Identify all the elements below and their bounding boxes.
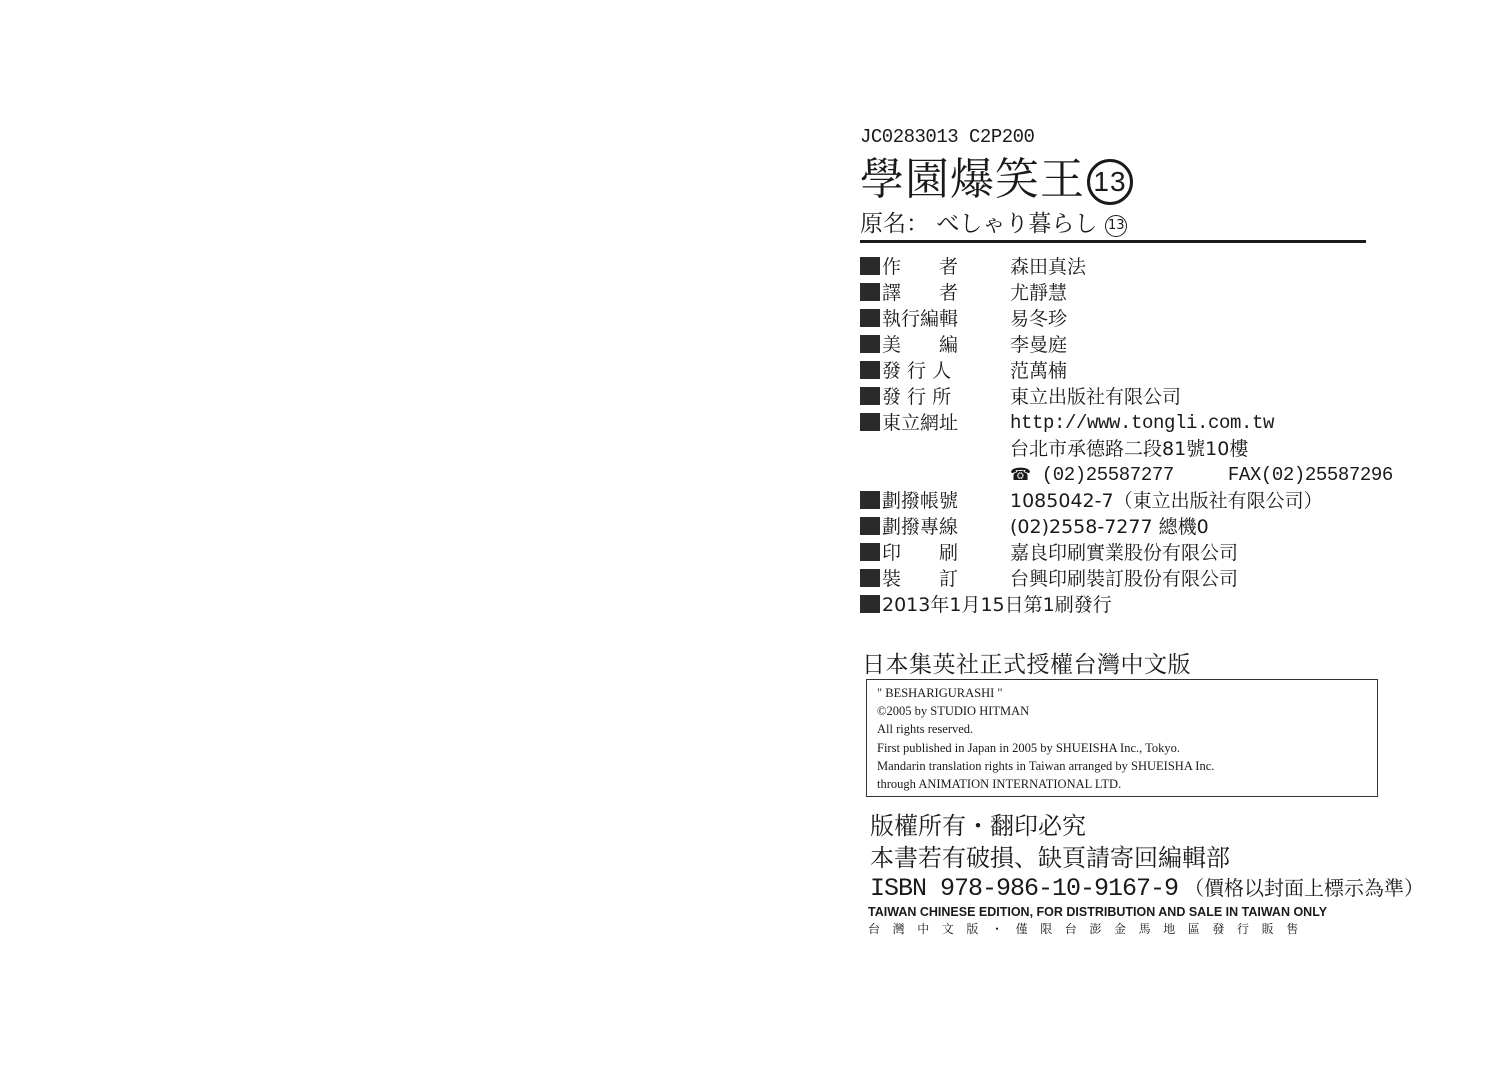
product-code: JC0283013 C2P200	[860, 126, 1034, 148]
bullet-square-icon	[860, 569, 880, 587]
credit-row: 劃撥帳號1085042-7（東立出版社有限公司）	[860, 488, 1010, 514]
bullet-square-icon	[860, 309, 880, 327]
credit-row: 裝 訂台興印刷裝訂股份有限公司	[860, 566, 1010, 592]
book-title: 學園爆笑王13	[860, 156, 1133, 205]
rights-notices: 版權所有・翻印必究 本書若有破損、缺頁請寄回編輯部	[870, 810, 1230, 874]
copyright-line: through ANIMATION INTERNATIONAL LTD.	[877, 775, 1367, 793]
copyright-line: First published in Japan in 2005 by SHUE…	[877, 739, 1367, 757]
copyright-box: " BESHARIGURASHI " ©2005 by STUDIO HITMA…	[866, 679, 1378, 797]
copyright-line: All rights reserved.	[877, 720, 1367, 738]
bullet-square-icon	[860, 387, 880, 405]
copyright-line: Mandarin translation rights in Taiwan ar…	[877, 757, 1367, 775]
telephone-icon: ☎	[1010, 465, 1031, 485]
rights-reserved: 版權所有・翻印必究	[870, 810, 1230, 842]
bullet-square-icon	[860, 517, 880, 535]
title-text: 學園爆笑王	[860, 154, 1085, 205]
bullet-square-icon	[860, 543, 880, 561]
fax-number: FAX(02)25587296	[1228, 464, 1393, 486]
original-volume-number: 13	[1105, 215, 1127, 237]
credit-row: 發 行 所東立出版社有限公司	[860, 384, 1010, 410]
book-colophon-page: JC0283013 C2P200 學園爆笑王13 原名： べしゃり暮らし13 作…	[0, 0, 1500, 1074]
credit-row: 印 刷嘉良印刷實業股份有限公司	[860, 540, 1010, 566]
authorization-notice: 日本集英社正式授權台灣中文版	[862, 646, 1191, 679]
credit-row: 譯 者尤靜慧	[860, 280, 1010, 306]
credit-row: 劃撥專線(02)2558-7277 總機0	[860, 514, 1010, 540]
original-title-text: べしゃり暮らし	[936, 211, 1097, 237]
print-date: 2013年1月15日第1刷發行	[882, 594, 1112, 616]
distribution-notice-en: TAIWAN CHINESE EDITION, FOR DISTRIBUTION…	[868, 905, 1327, 919]
bullet-square-icon	[860, 361, 880, 379]
credit-row: 美 編李曼庭	[860, 332, 1010, 358]
volume-number: 13	[1087, 159, 1133, 205]
credit-row: 執行編輯易冬珍	[860, 306, 1010, 332]
isbn: ISBN 978-986-10-9167-9	[870, 874, 1178, 903]
title-divider	[860, 240, 1366, 243]
phone-number: (02)25587277	[1042, 464, 1174, 486]
credit-row: 東立網址http://www.tongli.com.tw	[860, 410, 1010, 436]
isbn-line: ISBN 978-986-10-9167-9（價格以封面上標示為準）	[870, 872, 1424, 903]
damage-notice: 本書若有破損、缺頁請寄回編輯部	[870, 842, 1230, 874]
distribution-notice-zh: 台灣中文版・僅限台澎金馬地區發行販售	[868, 920, 1311, 937]
address: 台北市承德路二段81號10樓	[1010, 436, 1248, 462]
original-title: 原名： べしゃり暮らし13	[860, 210, 1127, 238]
copyright-line: " BESHARIGURASHI "	[877, 684, 1367, 702]
bullet-square-icon	[860, 257, 880, 275]
copyright-line: ©2005 by STUDIO HITMAN	[877, 702, 1367, 720]
website-link[interactable]: http://www.tongli.com.tw	[1010, 410, 1274, 436]
bullet-square-icon	[860, 413, 880, 431]
print-date-row: 2013年1月15日第1刷發行	[860, 592, 1112, 618]
bullet-square-icon	[860, 595, 880, 613]
bullet-square-icon	[860, 283, 880, 301]
credit-row: 發 行 人范萬楠	[860, 358, 1010, 384]
credit-row: 作 者森田真法	[860, 254, 1010, 280]
original-title-label: 原名：	[860, 211, 929, 237]
price-note: （價格以封面上標示為準）	[1184, 876, 1424, 900]
bullet-square-icon	[860, 491, 880, 509]
bullet-square-icon	[860, 335, 880, 353]
